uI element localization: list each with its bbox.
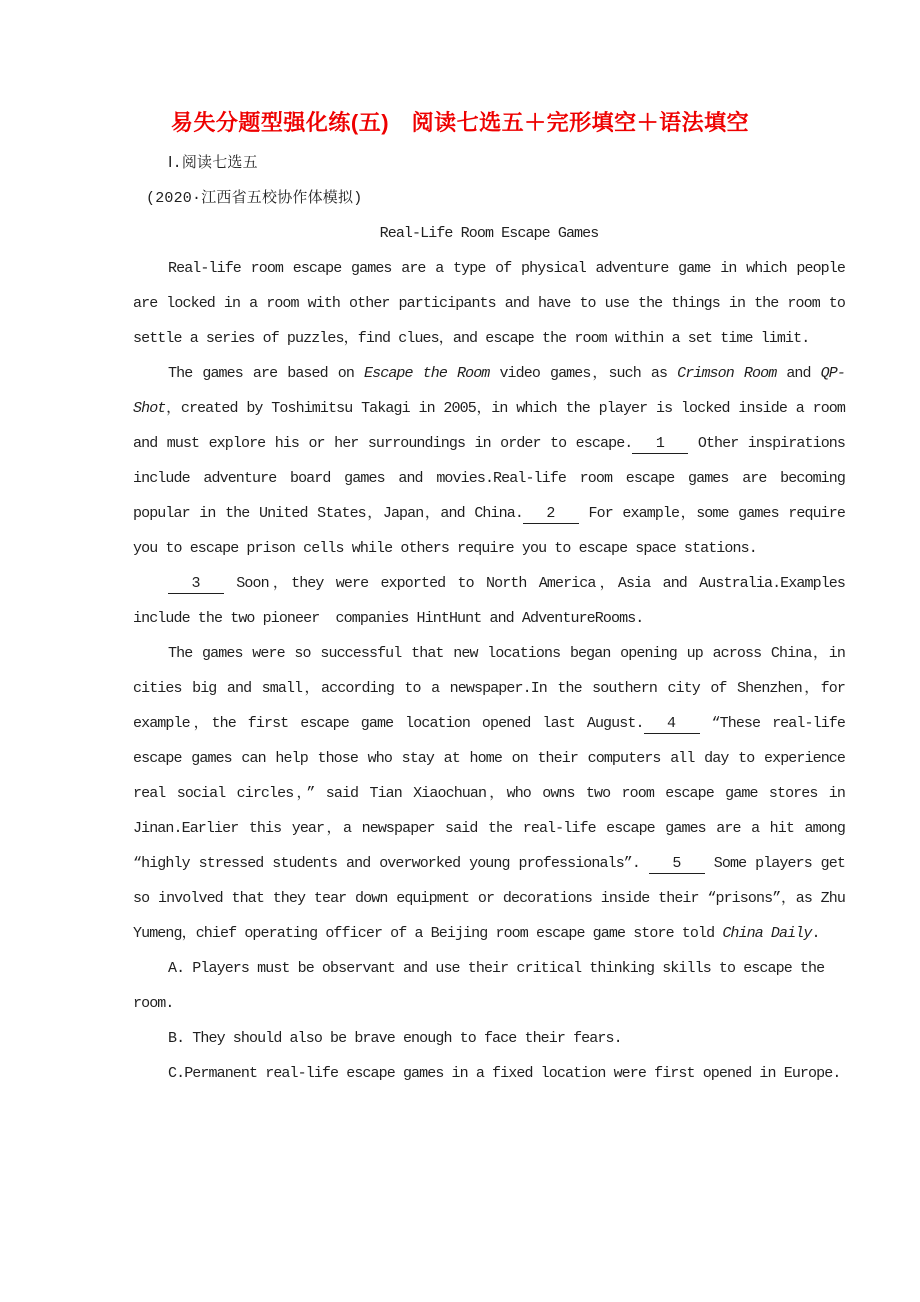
text-run: and [776,365,820,382]
option-c: C.Permanent real-life escape games in a … [133,1056,845,1091]
italic-run: Crimson Room [677,365,776,382]
text-run: Real-life room escape games are a type o… [133,260,853,347]
text-run: “These real-life escape games can help t… [133,715,853,872]
paragraph-3: 3 Soon，they were exported to North Ameri… [133,566,845,636]
answer-blank-1: 1 [632,434,688,454]
source-note: (2020·江西省五校协作体模拟) [133,181,845,216]
options-list: A. Players must be observant and use the… [133,951,845,1091]
answer-blank-2: 2 [523,504,579,524]
page-title: 易失分题型强化练(五) 阅读七选五＋完形填空＋语法填空 [40,108,880,138]
answer-blank-3: 3 [168,574,224,594]
answer-blank-5: 5 [649,854,705,874]
text-run: . [811,925,819,942]
paragraph-4: The games were so successful that new lo… [133,636,845,951]
answer-blank-4: 4 [644,714,700,734]
worksheet-content: Ⅰ.阅读七选五 (2020·江西省五校协作体模拟) Real-Life Room… [133,146,845,1091]
italic-run: China Daily [722,925,811,942]
section-label: Ⅰ.阅读七选五 [133,146,845,181]
text-run: The games are based on [168,365,364,382]
paragraph-2: The games are based on Escape the Room v… [133,356,845,566]
paragraph-1: Real-life room escape games are a type o… [133,251,845,356]
text-run: Soon，they were exported to North America… [133,575,853,627]
text-run: video games，such as [489,365,677,382]
passage-title: Real-Life Room Escape Games [133,216,845,251]
worksheet-page: 易失分题型强化练(五) 阅读七选五＋完形填空＋语法填空 Ⅰ.阅读七选五 (202… [0,0,920,1302]
option-b: B. They should also be brave enough to f… [133,1021,845,1056]
italic-run: Escape the Room [364,365,489,382]
option-a: A. Players must be observant and use the… [133,951,845,1021]
passage-body: Real-life room escape games are a type o… [133,251,845,951]
